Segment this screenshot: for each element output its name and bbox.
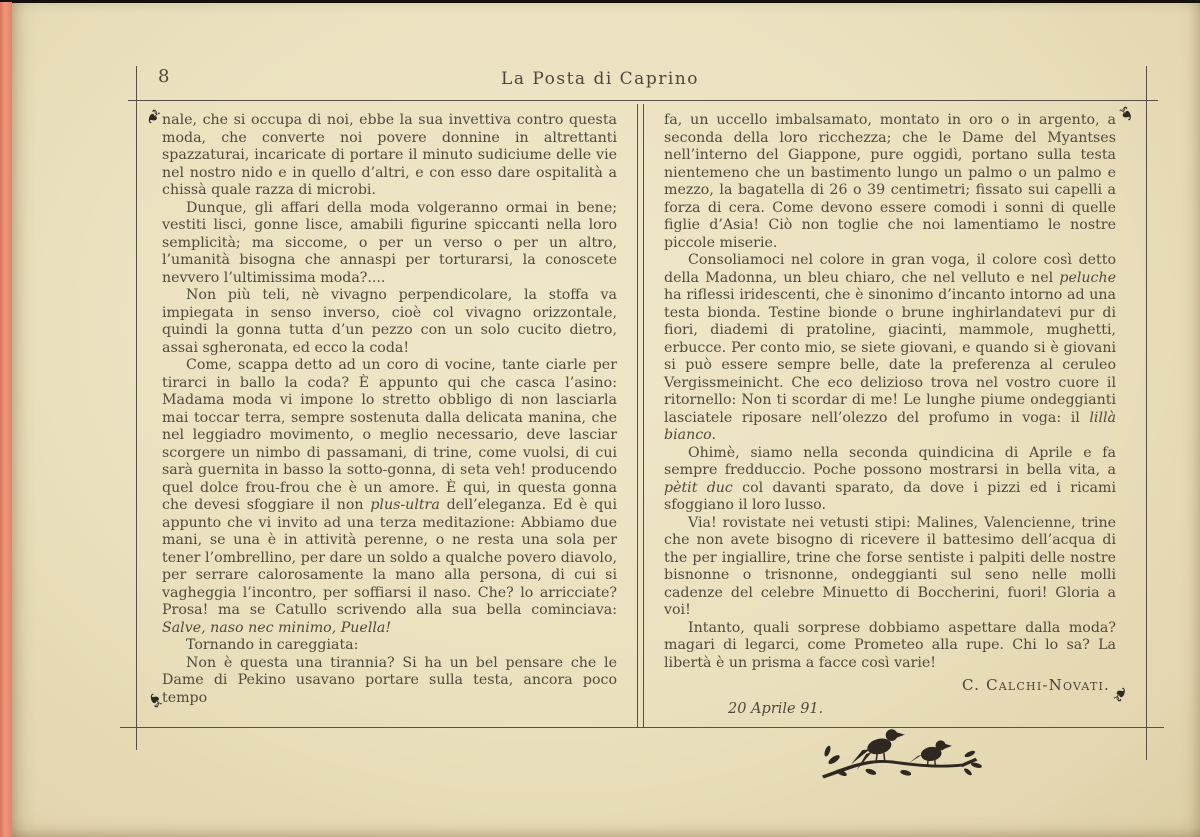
scanned-page: 8 La Posta di Caprino ❧ ❧ ❧ ❧ nale, che … [0, 0, 1200, 837]
paragraph: Tornando in careggiata: [162, 637, 617, 655]
left-column: nale, che si occupa di noi, ebbe la sua … [162, 112, 617, 707]
paragraph: fa, un uccello imbalsamato, montato in o… [664, 112, 1116, 252]
page-title: La Posta di Caprino [0, 69, 1200, 89]
header-rule [128, 100, 1158, 101]
dateline: 20 Aprile 91. [664, 701, 1116, 719]
paragraph: Consoliamoci nel colore in gran voga, il… [664, 252, 1116, 445]
right-column: fa, un uccello imbalsamato, montato in o… [664, 112, 1116, 792]
paragraph: Dunque, gli affari della moda volgeranno… [162, 200, 617, 288]
left-frame-line [136, 66, 137, 750]
author-signature: C. Calchi-Novati. [664, 677, 1116, 695]
paragraph: Ohimè, siamo nella seconda quindicina di… [664, 445, 1116, 515]
paragraph: Non più teli, nè vivagno perpendicolare,… [162, 287, 617, 357]
paragraph: Come, scappa detto ad un coro di vocine,… [162, 357, 617, 637]
right-frame-line [1146, 66, 1147, 760]
column-divider-left [637, 104, 638, 727]
book-spine-edge [0, 2, 12, 837]
paragraph: Non è questa una tirannia? Si ha un bel … [162, 655, 617, 708]
birds-on-branch-vignette [814, 720, 989, 786]
column-divider-right [643, 104, 644, 727]
paragraph: Intanto, quali sorprese dobbiamo aspetta… [664, 620, 1116, 673]
paragraph: nale, che si occupa di noi, ebbe la sua … [162, 112, 617, 200]
paragraph: Via! rovistate nei vetusti stipi: Maline… [664, 515, 1116, 620]
